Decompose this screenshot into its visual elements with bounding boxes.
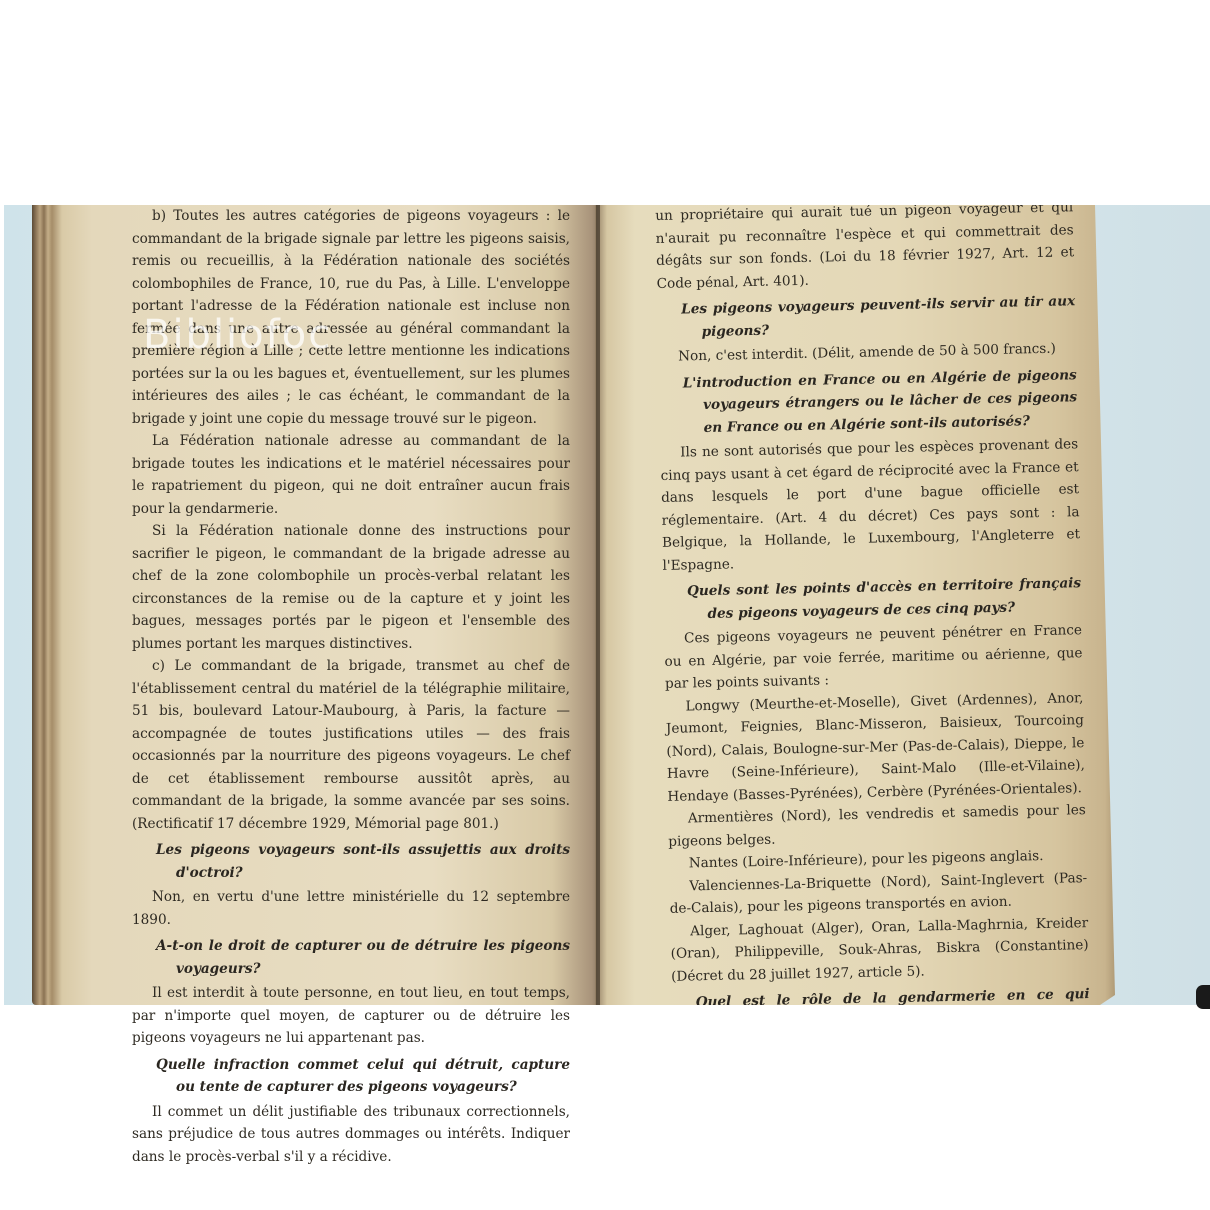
question-heading: Les pigeons voyageurs peuvent-ils servir… xyxy=(657,290,1076,344)
body-paragraph: La Fédération nationale adresse au comma… xyxy=(132,430,570,520)
body-paragraph: b) Toutes les autres catégories de pigeo… xyxy=(132,205,570,430)
question-heading: Les pigeons voyageurs sont-ils assujetti… xyxy=(132,839,570,884)
right-page-text: un propriétaire qui aurait tué un pigeon… xyxy=(655,196,1093,1174)
body-paragraph: Alger, Laghouat (Alger), Oran, Lalla-Mag… xyxy=(670,912,1089,988)
body-paragraph: un propriétaire qui aurait tué un pigeon… xyxy=(655,196,1075,295)
question-heading: Quel est le rôle de la gendarmerie en ce… xyxy=(671,983,1090,1037)
body-paragraph: c) Le commandant de la brigade, transmet… xyxy=(132,655,570,835)
left-page-text: b) Toutes les autres catégories de pigeo… xyxy=(132,205,570,1168)
body-paragraph: Il commet un délit justifiable des tribu… xyxy=(132,1101,570,1169)
body-paragraph: La gendarmerie veille à ce qu'aucun pige… xyxy=(672,1030,1093,1174)
question-heading: A-t-on le droit de capturer ou de détrui… xyxy=(132,935,570,980)
body-paragraph: Longwy (Meurthe-et-Moselle), Givet (Arde… xyxy=(665,687,1085,808)
body-paragraph: Ils ne sont autorisés que pour les espèc… xyxy=(660,433,1081,577)
book-spine-gutter xyxy=(596,205,600,1005)
body-paragraph: Ces pigeons voyageurs ne peuvent pénétre… xyxy=(664,619,1083,695)
question-heading: Quelle infraction commet celui qui détru… xyxy=(132,1054,570,1099)
body-paragraph: Il est interdit à toute personne, en tou… xyxy=(132,982,570,1050)
left-page: b) Toutes les autres catégories de pigeo… xyxy=(32,205,602,1005)
body-paragraph: Non, en vertu d'une lettre ministérielle… xyxy=(132,886,570,931)
question-heading: L'introduction en France ou en Algérie d… xyxy=(659,364,1078,440)
right-page: un propriétaire qui aurait tué un pigeon… xyxy=(595,205,1115,1005)
body-paragraph: Si la Fédération nationale donne des ins… xyxy=(132,520,570,655)
question-heading: Quels sont les points d'accès en territo… xyxy=(663,572,1082,626)
open-book: b) Toutes les autres catégories de pigeo… xyxy=(0,0,1210,1210)
dark-object-edge xyxy=(1196,985,1210,1009)
